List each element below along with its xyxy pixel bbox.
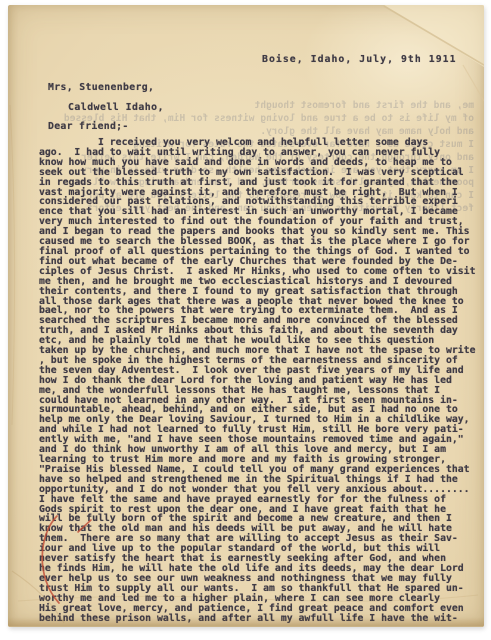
body-line: behind these prison walls, and after all… [39, 614, 481, 624]
salutation: Dear friend;- [48, 122, 129, 132]
crease-line-left-edge [10, 105, 15, 425]
recipient-name: Mrs, Stuenenberg, [48, 83, 154, 93]
body-line: their contents, and there I found to my … [39, 287, 481, 297]
letter-paper: me, and the first and foremost thoughtof… [8, 5, 484, 627]
body-line: His great love, mercy, and patience, I f… [39, 604, 481, 614]
letter-body: I received you very welcom and helpfull … [39, 138, 481, 623]
scanned-letter-background: me, and the first and foremost thoughtof… [0, 0, 491, 640]
dateline: Boise, Idaho, July, 9th 1911 [262, 55, 457, 65]
corner-fold-crease-line-2 [463, 65, 484, 101]
recipient-city: Caldwell Idaho, [68, 103, 164, 113]
